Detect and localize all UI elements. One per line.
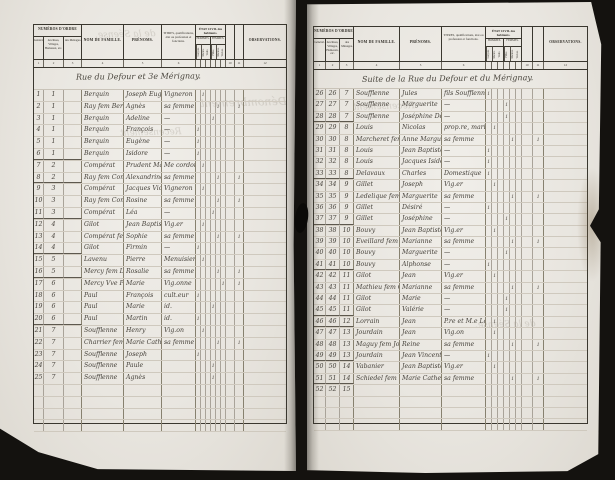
cell-titre-profession: Vig.er xyxy=(442,271,486,281)
cell-observations xyxy=(544,362,587,372)
cell-extra-mark xyxy=(522,237,533,247)
cell-observations xyxy=(244,196,286,207)
column-prenoms: PRÉNOMS. xyxy=(124,25,162,59)
column-number: 5 xyxy=(400,62,442,69)
cell-nom-de-famille: Gilot xyxy=(354,294,400,304)
cell-numero-rue: 28 xyxy=(326,112,340,122)
cell-numero-menage: 14 xyxy=(340,374,354,384)
cell-numero-menage xyxy=(64,137,82,148)
cell-observations xyxy=(244,267,286,278)
cell-numero-rue: 5 xyxy=(44,255,64,266)
register-row: 134Compérat fem GilotSophiesa femme11 xyxy=(34,232,286,244)
subcol-menages: des Ménages. xyxy=(64,37,82,59)
column-nom: NOM DE FAMILLE. xyxy=(354,27,400,61)
cell-extra-mark xyxy=(522,397,533,407)
cell-extra-mark xyxy=(226,173,235,184)
cell-prenom: Marianne xyxy=(400,237,442,247)
cell-nom-de-famille: Gillet xyxy=(354,180,400,190)
register-row: 32328LouisJacques Isidore—1 xyxy=(314,157,587,168)
cell-titre-profession: — xyxy=(162,208,196,219)
cell-extra-mark xyxy=(226,90,235,101)
column-number: 11 xyxy=(533,62,544,69)
cell-nom-de-famille: Soufflenne xyxy=(82,350,124,361)
group-femmes: FEMMES. xyxy=(504,39,521,47)
cell-nom-de-famille: Berquin xyxy=(82,90,124,101)
cell-nom-de-famille: Paul xyxy=(82,314,124,325)
register-row: 165Mercy fem LavenuRosaliesa femme11 xyxy=(34,267,286,279)
cell-extra-mark xyxy=(533,112,544,122)
cell-prenom: Marie xyxy=(124,302,162,313)
cell-numero-rue: 49 xyxy=(326,351,340,361)
cell-prenom: Joséphine xyxy=(400,214,442,224)
cell-observations xyxy=(244,125,286,136)
cell-extra-mark xyxy=(533,271,544,281)
cell-numero-general: 21 xyxy=(34,326,44,337)
register-row: 505014VabanierJean BaptisteVig.er1 xyxy=(314,362,587,373)
cell-titre-profession: sa femme xyxy=(162,102,196,113)
cell-nom-de-famille xyxy=(354,397,400,407)
cell-numero-rue: 42 xyxy=(326,271,340,281)
cell-extra-mark xyxy=(533,419,544,429)
cell-numero-general: 2 xyxy=(34,102,44,113)
cell-titre-profession: — xyxy=(442,157,486,167)
cell-numero-menage xyxy=(64,420,82,431)
column-extra-11 xyxy=(533,27,544,61)
cell-numero-rue xyxy=(44,420,64,431)
cell-titre-profession: — xyxy=(442,100,486,110)
register-row: 31BerquinAdeline—1 xyxy=(34,114,286,126)
cell-extra-mark xyxy=(533,169,544,179)
cell-observations xyxy=(244,102,286,113)
cell-numero-menage: 8 xyxy=(340,135,354,145)
cell-numero-general: 16 xyxy=(34,267,44,278)
cell-observations xyxy=(544,112,587,122)
cell-titre-profession: — xyxy=(442,203,486,213)
cell-nom-de-famille: Maguy fem Jourdain xyxy=(354,340,400,350)
left-page: de la Séense. Dénombrement Recensement N… xyxy=(0,0,296,471)
cell-extra-mark xyxy=(226,255,235,266)
cell-nom-de-famille: Mercy fem Lavenu xyxy=(82,267,124,278)
cell-prenom: Anne Marguerite xyxy=(400,135,442,145)
cell-observations xyxy=(244,397,286,408)
cell-extra-mark xyxy=(226,279,235,290)
cell-nom-de-famille: Compérat xyxy=(82,161,124,172)
column-number: 3 xyxy=(64,60,82,67)
cell-titre-profession: sa femme xyxy=(442,283,486,293)
cell-titre-profession xyxy=(162,409,196,420)
cell-observations xyxy=(244,184,286,195)
cell-extra-mark xyxy=(235,149,244,160)
register-row: 41BerquinFrançois—1 xyxy=(34,125,286,137)
cell-titre-profession xyxy=(162,361,196,372)
cell-extra-mark: 1 xyxy=(235,102,244,113)
cell-numero-general: 11 xyxy=(34,208,44,219)
cell-numero-general: 5 xyxy=(34,137,44,148)
cell-extra-mark xyxy=(226,137,235,148)
cell-extra-mark xyxy=(226,208,235,219)
cell-numero-general: 20 xyxy=(34,314,44,325)
cell-extra-mark: 1 xyxy=(533,374,544,384)
cell-numero-menage: 13 xyxy=(340,328,354,338)
cell-extra-mark xyxy=(533,248,544,258)
cell-titre-profession xyxy=(442,408,486,418)
cell-numero-menage xyxy=(64,397,82,408)
cell-prenom: Joseph xyxy=(400,180,442,190)
cell-nom-de-famille: Berquin xyxy=(82,125,124,136)
cell-numero-rue: 1 xyxy=(44,90,64,101)
cell-nom-de-famille: Berquin xyxy=(82,114,124,125)
register-row: 35359Ledelique fem GilletMargueritesa fe… xyxy=(314,192,587,203)
column-extra-10 xyxy=(226,25,235,59)
cell-nom-de-famille: Soufflenne xyxy=(354,89,400,99)
cell-numero-rue: 6 xyxy=(44,291,64,302)
cell-extra-mark xyxy=(226,149,235,160)
cell-numero-general: 6 xyxy=(34,149,44,160)
cell-extra-mark xyxy=(522,226,533,236)
cell-titre-profession: Vig.er xyxy=(442,226,486,236)
cell-numero-menage xyxy=(64,255,82,266)
register-row: 72CompératPrudent MartinMe cordonnier1 xyxy=(34,161,286,173)
register-row: 383810BouvyJean BaptisteVig.er1 xyxy=(314,226,587,237)
cell-titre-profession: Vig.er xyxy=(442,362,486,372)
cell-numero-menage xyxy=(64,350,82,361)
cell-prenom: Martin xyxy=(124,314,162,325)
cell-observations xyxy=(244,114,286,125)
register-row: 217SoufflenneHenryVig.on1 xyxy=(34,326,286,338)
cell-numero-rue: 7 xyxy=(44,326,64,337)
column-number: 10 xyxy=(226,60,235,67)
cell-extra-mark xyxy=(226,125,235,136)
cell-titre-profession xyxy=(162,420,196,431)
cell-titre-profession xyxy=(162,385,196,396)
cell-nom-de-famille: Gillet xyxy=(354,203,400,213)
cell-extra-mark xyxy=(533,362,544,372)
cell-prenom: Charles xyxy=(400,169,442,179)
cell-prenom: Rosalie xyxy=(124,267,162,278)
subcol-veuves: Veuves. xyxy=(221,45,225,60)
cell-extra-mark xyxy=(533,180,544,190)
cell-numero-rue: 32 xyxy=(326,157,340,167)
cell-prenom: Valérie xyxy=(400,305,442,315)
cell-extra-mark xyxy=(533,157,544,167)
cell-nom-de-famille: Marcheret fem Louis xyxy=(354,135,400,145)
cell-numero-general: 13 xyxy=(34,232,44,243)
cell-prenom: Alphonse xyxy=(400,260,442,270)
cell-prenom: Marguerite xyxy=(400,100,442,110)
column-number: 2 xyxy=(44,60,64,67)
cell-extra-mark xyxy=(522,123,533,133)
column-number-row: 123456101112 xyxy=(34,60,286,68)
column-number: 6 xyxy=(442,62,486,69)
cell-extra-mark xyxy=(533,328,544,338)
cell-extra-mark xyxy=(522,362,533,372)
cell-titre-profession: — xyxy=(442,305,486,315)
cell-observations xyxy=(244,137,286,148)
cell-extra-mark xyxy=(533,100,544,110)
cell-prenom xyxy=(400,408,442,418)
cell-prenom: François xyxy=(124,125,162,136)
register-row: 454511GilotValérie—1 xyxy=(314,305,587,316)
cell-titre-profession: Vig.on xyxy=(162,326,196,337)
cell-numero-menage: 9 xyxy=(340,180,354,190)
cell-prenom: Marie xyxy=(400,294,442,304)
cell-titre-profession: — xyxy=(442,294,486,304)
cell-extra-mark xyxy=(226,397,235,408)
register-row: 227Charrier fem Souff.Marie Catherinesa … xyxy=(34,338,286,350)
cell-numero-rue: 2 xyxy=(44,173,64,184)
register-row: 36369GilletDésiré—1 xyxy=(314,203,587,214)
cell-observations xyxy=(544,374,587,384)
cell-prenom: Jean xyxy=(400,317,442,327)
cell-prenom xyxy=(124,397,162,408)
column-nom: NOM DE FAMILLE. xyxy=(82,25,124,59)
numeros-label: NUMÉROS D'ORDRE xyxy=(314,27,353,38)
cell-titre-profession: — xyxy=(442,112,486,122)
cell-prenom: Joséphine Désirée xyxy=(400,112,442,122)
cell-extra-mark xyxy=(226,361,235,372)
subcol-menages: des Ménages. xyxy=(340,39,354,61)
cell-extra-mark xyxy=(226,338,235,349)
empty-row xyxy=(314,397,587,408)
cell-observations xyxy=(544,317,587,327)
cell-prenom xyxy=(124,409,162,420)
census-table-left: NUMÉROS D'ORDRE Général. des Rues, Villa… xyxy=(33,24,287,424)
register-row: 144GilotFirmin—1 xyxy=(34,243,286,255)
cell-nom-de-famille: Gilot xyxy=(82,220,124,231)
cell-extra-mark xyxy=(533,317,544,327)
page-edge-shadow xyxy=(284,0,296,471)
cell-extra-mark xyxy=(533,408,544,418)
subcol-veufs: Veufs. xyxy=(206,45,210,60)
right-page: Recensement de la Séense. NUMÉROS D'ORDR… xyxy=(307,2,603,473)
cell-numero-general: 4 xyxy=(34,125,44,136)
cell-observations xyxy=(244,420,286,431)
cell-numero-menage xyxy=(64,149,82,160)
cell-extra-mark xyxy=(522,169,533,179)
cell-extra-mark xyxy=(522,214,533,224)
register-row: 113CompératLéa—1 xyxy=(34,208,286,220)
cell-numero-menage xyxy=(340,397,354,407)
column-number: 12 xyxy=(244,60,286,67)
cell-numero-menage: 10 xyxy=(340,260,354,270)
cell-prenom: Désiré xyxy=(400,203,442,213)
cell-extra-mark xyxy=(522,260,533,270)
cell-observations xyxy=(244,350,286,361)
cell-extra-mark xyxy=(235,255,244,266)
cell-observations xyxy=(544,397,587,407)
cell-nom-de-famille: Berquin xyxy=(82,149,124,160)
cell-numero-rue: 4 xyxy=(44,232,64,243)
cell-titre-profession: — xyxy=(442,214,486,224)
column-number: 10 xyxy=(522,62,533,69)
cell-extra-mark xyxy=(226,350,235,361)
cell-numero-menage: 10 xyxy=(340,226,354,236)
column-number: 2 xyxy=(326,62,340,69)
cell-nom-de-famille: Ray fem Berquin xyxy=(82,102,124,113)
cell-nom-de-famille: Bouvy xyxy=(354,260,400,270)
cell-numero-menage xyxy=(64,326,82,337)
column-number: 11 xyxy=(235,60,244,67)
cell-numero-general: 9 xyxy=(34,184,44,195)
register-row: 515114Schiedel fem VabanierMarie Catheri… xyxy=(314,374,587,385)
empty-row xyxy=(34,409,286,421)
register-row: 474713JourdainJeanVig.on1 xyxy=(314,328,587,339)
cell-nom-de-famille xyxy=(354,419,400,429)
cell-numero-rue: 50 xyxy=(326,362,340,372)
cell-numero-menage: 13 xyxy=(340,351,354,361)
register-row: 424211GilotJeanVig.er1 xyxy=(314,271,587,282)
cell-titre-profession: Vigneron xyxy=(162,90,196,101)
numeros-label: NUMÉROS D'ORDRE xyxy=(34,25,81,36)
cell-numero-menage: 10 xyxy=(340,237,354,247)
register-row: 186PaulFrançoiscult.eur1 xyxy=(34,291,286,303)
cell-extra-mark xyxy=(522,419,533,429)
register-row: 51BerquinEugène—1 xyxy=(34,137,286,149)
cell-extra-mark xyxy=(235,90,244,101)
cell-extra-mark xyxy=(522,203,533,213)
cell-nom-de-famille: Soufflenne xyxy=(82,361,124,372)
cell-numero-menage xyxy=(64,114,82,125)
cell-titre-profession: — xyxy=(442,146,486,156)
cell-titre-profession: P.re et M.e Lorrain xyxy=(442,317,486,327)
cell-prenom: Marianne xyxy=(400,283,442,293)
cell-observations xyxy=(244,279,286,290)
cell-numero-menage xyxy=(64,173,82,184)
cell-numero-rue: 1 xyxy=(44,125,64,136)
cell-observations xyxy=(244,208,286,219)
cell-extra-mark xyxy=(235,385,244,396)
cell-extra-mark xyxy=(226,314,235,325)
cell-nom-de-famille: Bouvy xyxy=(354,226,400,236)
cell-extra-mark xyxy=(226,267,235,278)
cell-nom-de-famille: Paul xyxy=(82,302,124,313)
cell-observations xyxy=(244,255,286,266)
cell-titre-profession: fils Soufflenne xyxy=(442,89,486,99)
register-row: 31318LouisJean Baptiste—1 xyxy=(314,146,587,157)
cell-extra-mark xyxy=(522,135,533,145)
cell-extra-mark xyxy=(533,146,544,156)
cell-extra-mark xyxy=(533,385,544,395)
cell-titre-profession: id. xyxy=(162,314,196,325)
cell-extra-mark xyxy=(235,220,244,231)
cell-observations xyxy=(544,123,587,133)
cell-numero-menage: 9 xyxy=(340,203,354,213)
cell-extra-mark xyxy=(522,408,533,418)
cell-nom-de-famille: Soufflenne xyxy=(82,373,124,384)
column-titres: TITRES, qualifications, état ou professi… xyxy=(162,25,196,59)
cell-titre-profession: — xyxy=(442,248,486,258)
cell-numero-rue xyxy=(44,385,64,396)
cell-observations xyxy=(244,90,286,101)
cell-extra-mark xyxy=(235,114,244,125)
page-edge-shadow xyxy=(307,2,319,473)
cell-numero-general: 10 xyxy=(34,196,44,207)
subcol-rues: des Rues, Villages, Hameaux, etc. xyxy=(44,37,64,59)
cell-titre-profession: sa femme xyxy=(442,340,486,350)
column-number: 4 xyxy=(82,60,124,67)
cell-observations xyxy=(244,291,286,302)
street-name: Rue du Defour et 3e Mérignay. xyxy=(76,71,201,81)
cell-numero-menage: 13 xyxy=(340,340,354,350)
cell-titre-profession xyxy=(162,397,196,408)
cell-extra-mark xyxy=(226,302,235,313)
cell-observations xyxy=(244,243,286,254)
cell-observations xyxy=(244,232,286,243)
cell-extra-mark xyxy=(235,397,244,408)
register-row: 404010BouvyMarguerite—1 xyxy=(314,248,587,259)
cell-observations xyxy=(544,328,587,338)
cell-numero-rue: 27 xyxy=(326,100,340,110)
cell-prenom: Joseph xyxy=(124,350,162,361)
cell-titre-profession: Me cordonnier xyxy=(162,161,196,172)
cell-numero-menage: 14 xyxy=(340,362,354,372)
column-observations: OBSERVATIONS. xyxy=(244,25,286,59)
cell-prenom xyxy=(400,385,442,395)
cell-prenom: Jean Vincent xyxy=(400,351,442,361)
cell-nom-de-famille: Jourdain xyxy=(354,328,400,338)
cell-numero-general xyxy=(34,397,44,408)
cell-titre-profession: Domestique xyxy=(442,169,486,179)
cell-numero-general: 14 xyxy=(34,243,44,254)
section-title-row: Rue du Defour et 3e Mérignay. xyxy=(34,68,286,90)
cell-numero-menage xyxy=(64,125,82,136)
cell-nom-de-famille: Mercy Vve Paul xyxy=(82,279,124,290)
cell-extra-mark: 1 xyxy=(235,232,244,243)
cell-extra-mark xyxy=(522,248,533,258)
cell-prenom: François xyxy=(124,291,162,302)
cell-extra-mark: 1 xyxy=(533,192,544,202)
cell-numero-general: 23 xyxy=(34,350,44,361)
street-name: Suite de la Rue du Defour et du Mérignay… xyxy=(362,73,533,84)
cell-nom-de-famille: Ledelique fem Gillet xyxy=(354,192,400,202)
column-number: 5 xyxy=(124,60,162,67)
etat-civil-label: ÉTAT CIVIL des habitants. xyxy=(486,27,521,38)
cell-numero-rue: 7 xyxy=(44,361,64,372)
cell-observations xyxy=(544,100,587,110)
cell-numero-rue: 2 xyxy=(44,161,64,172)
cell-numero-rue: 30 xyxy=(326,135,340,145)
cell-numero-menage xyxy=(64,279,82,290)
cell-titre-profession: sa femme xyxy=(442,192,486,202)
cell-numero-rue: 48 xyxy=(326,340,340,350)
column-etat-civil: ÉTAT CIVIL des habitants. HOMMES. Garçon… xyxy=(196,25,226,59)
cell-numero-menage xyxy=(64,243,82,254)
cell-numero-menage: 8 xyxy=(340,169,354,179)
cell-numero-menage: 11 xyxy=(340,305,354,315)
cell-nom-de-famille: Berquin xyxy=(82,137,124,148)
empty-row xyxy=(314,408,587,419)
register-row: 494913JourdainJean Vincent—1 xyxy=(314,351,587,362)
register-row: 176Mercy Vve PaulMarieVig.onne11 xyxy=(34,279,286,291)
table-header: NUMÉROS D'ORDRE Général. des Rues, Villa… xyxy=(314,27,587,62)
section-title-row: Suite de la Rue du Defour et du Mérignay… xyxy=(314,70,587,89)
cell-observations xyxy=(244,149,286,160)
cell-nom-de-famille: Paul xyxy=(82,291,124,302)
cell-numero-menage xyxy=(340,408,354,418)
cell-observations xyxy=(544,419,587,429)
cell-extra-mark xyxy=(522,328,533,338)
cell-titre-profession: Vig.er xyxy=(162,220,196,231)
cell-numero-rue: 1 xyxy=(44,114,64,125)
cell-numero-general: 8 xyxy=(34,173,44,184)
cell-prenom: Jean Baptiste xyxy=(400,146,442,156)
cell-extra-mark xyxy=(522,385,533,395)
cell-numero-rue: 6 xyxy=(44,279,64,290)
register-row: 103Ray fem CompératRosinesa femme11 xyxy=(34,196,286,208)
cell-nom-de-famille: Charrier fem Souff. xyxy=(82,338,124,349)
cell-extra-mark xyxy=(226,196,235,207)
cell-numero-menage xyxy=(64,90,82,101)
